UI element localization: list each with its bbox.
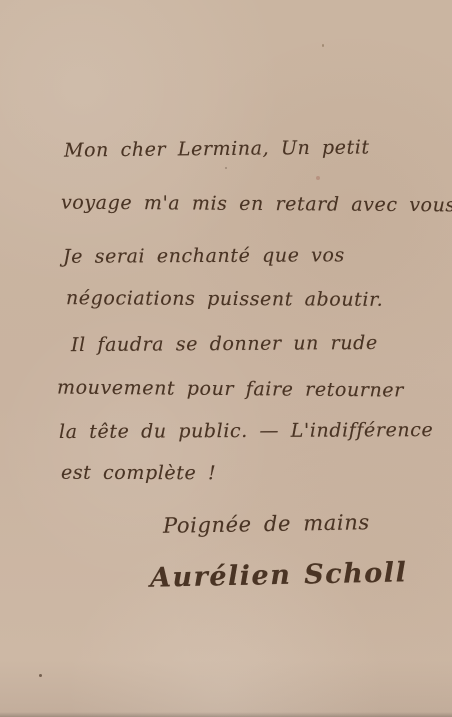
letter-closing: Poignée de mains xyxy=(163,510,370,538)
paper-speck xyxy=(225,167,227,169)
paper-speck xyxy=(322,44,324,47)
paper-speck xyxy=(316,176,320,180)
letter-line-3: Je serai enchanté que vos xyxy=(63,244,345,267)
letter-line-4: négociations puissent aboutir. xyxy=(66,287,383,311)
letter-photo: Mon cher Lermina, Un petit voyage m'a mi… xyxy=(0,0,452,717)
letter-line-1: Mon cher Lermina, Un petit xyxy=(64,136,370,161)
letter-signature: Aurélien Scholl xyxy=(150,557,408,593)
paper-speck xyxy=(39,674,42,677)
letter-line-7: la tête du public. — L'indifférence xyxy=(59,419,433,443)
letter-line-6: mouvement pour faire retourner xyxy=(57,376,404,401)
letter-line-2: voyage m'a mis en retard avec vous. xyxy=(61,192,452,217)
letter-line-5: Il faudra se donner un rude xyxy=(71,332,378,356)
letter-line-8: est complète ! xyxy=(61,462,216,485)
